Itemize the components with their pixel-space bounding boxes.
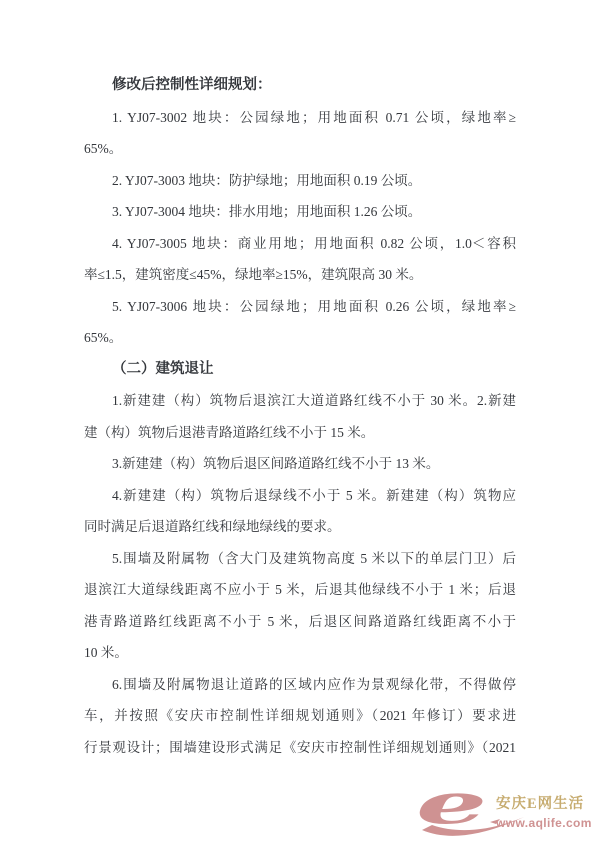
document-line: 6.围墙及附属物退让道路的区域内应作为景观绿化带，不得做停 [84,669,516,701]
document-page: 修改后控制性详细规划：1. YJ07-3002 地块：公园绿地；用地面积 0.7… [0,0,600,848]
document-line: 率≤1.5，建筑密度≤45%，绿地率≥15%，建筑限高 30 米。 [84,259,516,291]
document-line: 65%。 [84,133,516,165]
document-line: 车，并按照《安庆市控制性详细规划通则》（2021 年修订）要求进 [84,700,516,732]
document-body: 修改后控制性详细规划：1. YJ07-3002 地块：公园绿地；用地面积 0.7… [84,70,516,763]
document-line: 退滨江大道绿线距离不应小于 5 米，后退其他绿线不小于 1 米；后退 [84,574,516,606]
document-line: 3. YJ07-3004 地块：排水用地；用地面积 1.26 公顷。 [84,196,516,228]
site-name: 安庆E网生活 [496,796,592,812]
document-line: 1.新建建（构）筑物后退滨江大道道路红线不小于 30 米。2.新建 [84,385,516,417]
document-line: 2. YJ07-3003 地块：防护绿地；用地面积 0.19 公顷。 [84,165,516,197]
document-line: 10 米。 [84,637,516,669]
section-heading: （二）建筑退让 [84,354,516,386]
document-title: 修改后控制性详细规划： [84,70,516,102]
document-line: 港青路道路红线距离不小于 5 米，后退区间路道路红线距离不小于 [84,606,516,638]
document-line: 4. YJ07-3005 地块：商业用地；用地面积 0.82 公顷，1.0＜容积 [84,228,516,260]
document-line: 3.新建建（构）筑物后退区间路道路红线不小于 13 米。 [84,448,516,480]
document-line: 5.围墙及附属物（含大门及建筑物高度 5 米以下的单层门卫）后 [84,543,516,575]
document-line: 1. YJ07-3002 地块：公园绿地；用地面积 0.71 公顷，绿地率≥ [84,102,516,134]
site-url: www.aqlife.com [496,817,592,830]
document-line: 65%。 [84,322,516,354]
document-line: 同时满足后退道路红线和绿地绿线的要求。 [84,511,516,543]
document-line: 5. YJ07-3006 地块：公园绿地；用地面积 0.26 公顷，绿地率≥ [84,291,516,323]
watermark-text-block: 安庆E网生活 www.aqlife.com [496,796,592,830]
document-line: 4.新建建（构）筑物后退绿线不小于 5 米。新建建（构）筑物应 [84,480,516,512]
document-line: 行景观设计；围墙建设形式满足《安庆市控制性详细规划通则》（2021 [84,732,516,764]
document-line: 建（构）筑物后退港青路道路红线不小于 15 米。 [84,417,516,449]
aqlife-watermark: e 安庆E网生活 www.aqlife.com [416,792,598,844]
